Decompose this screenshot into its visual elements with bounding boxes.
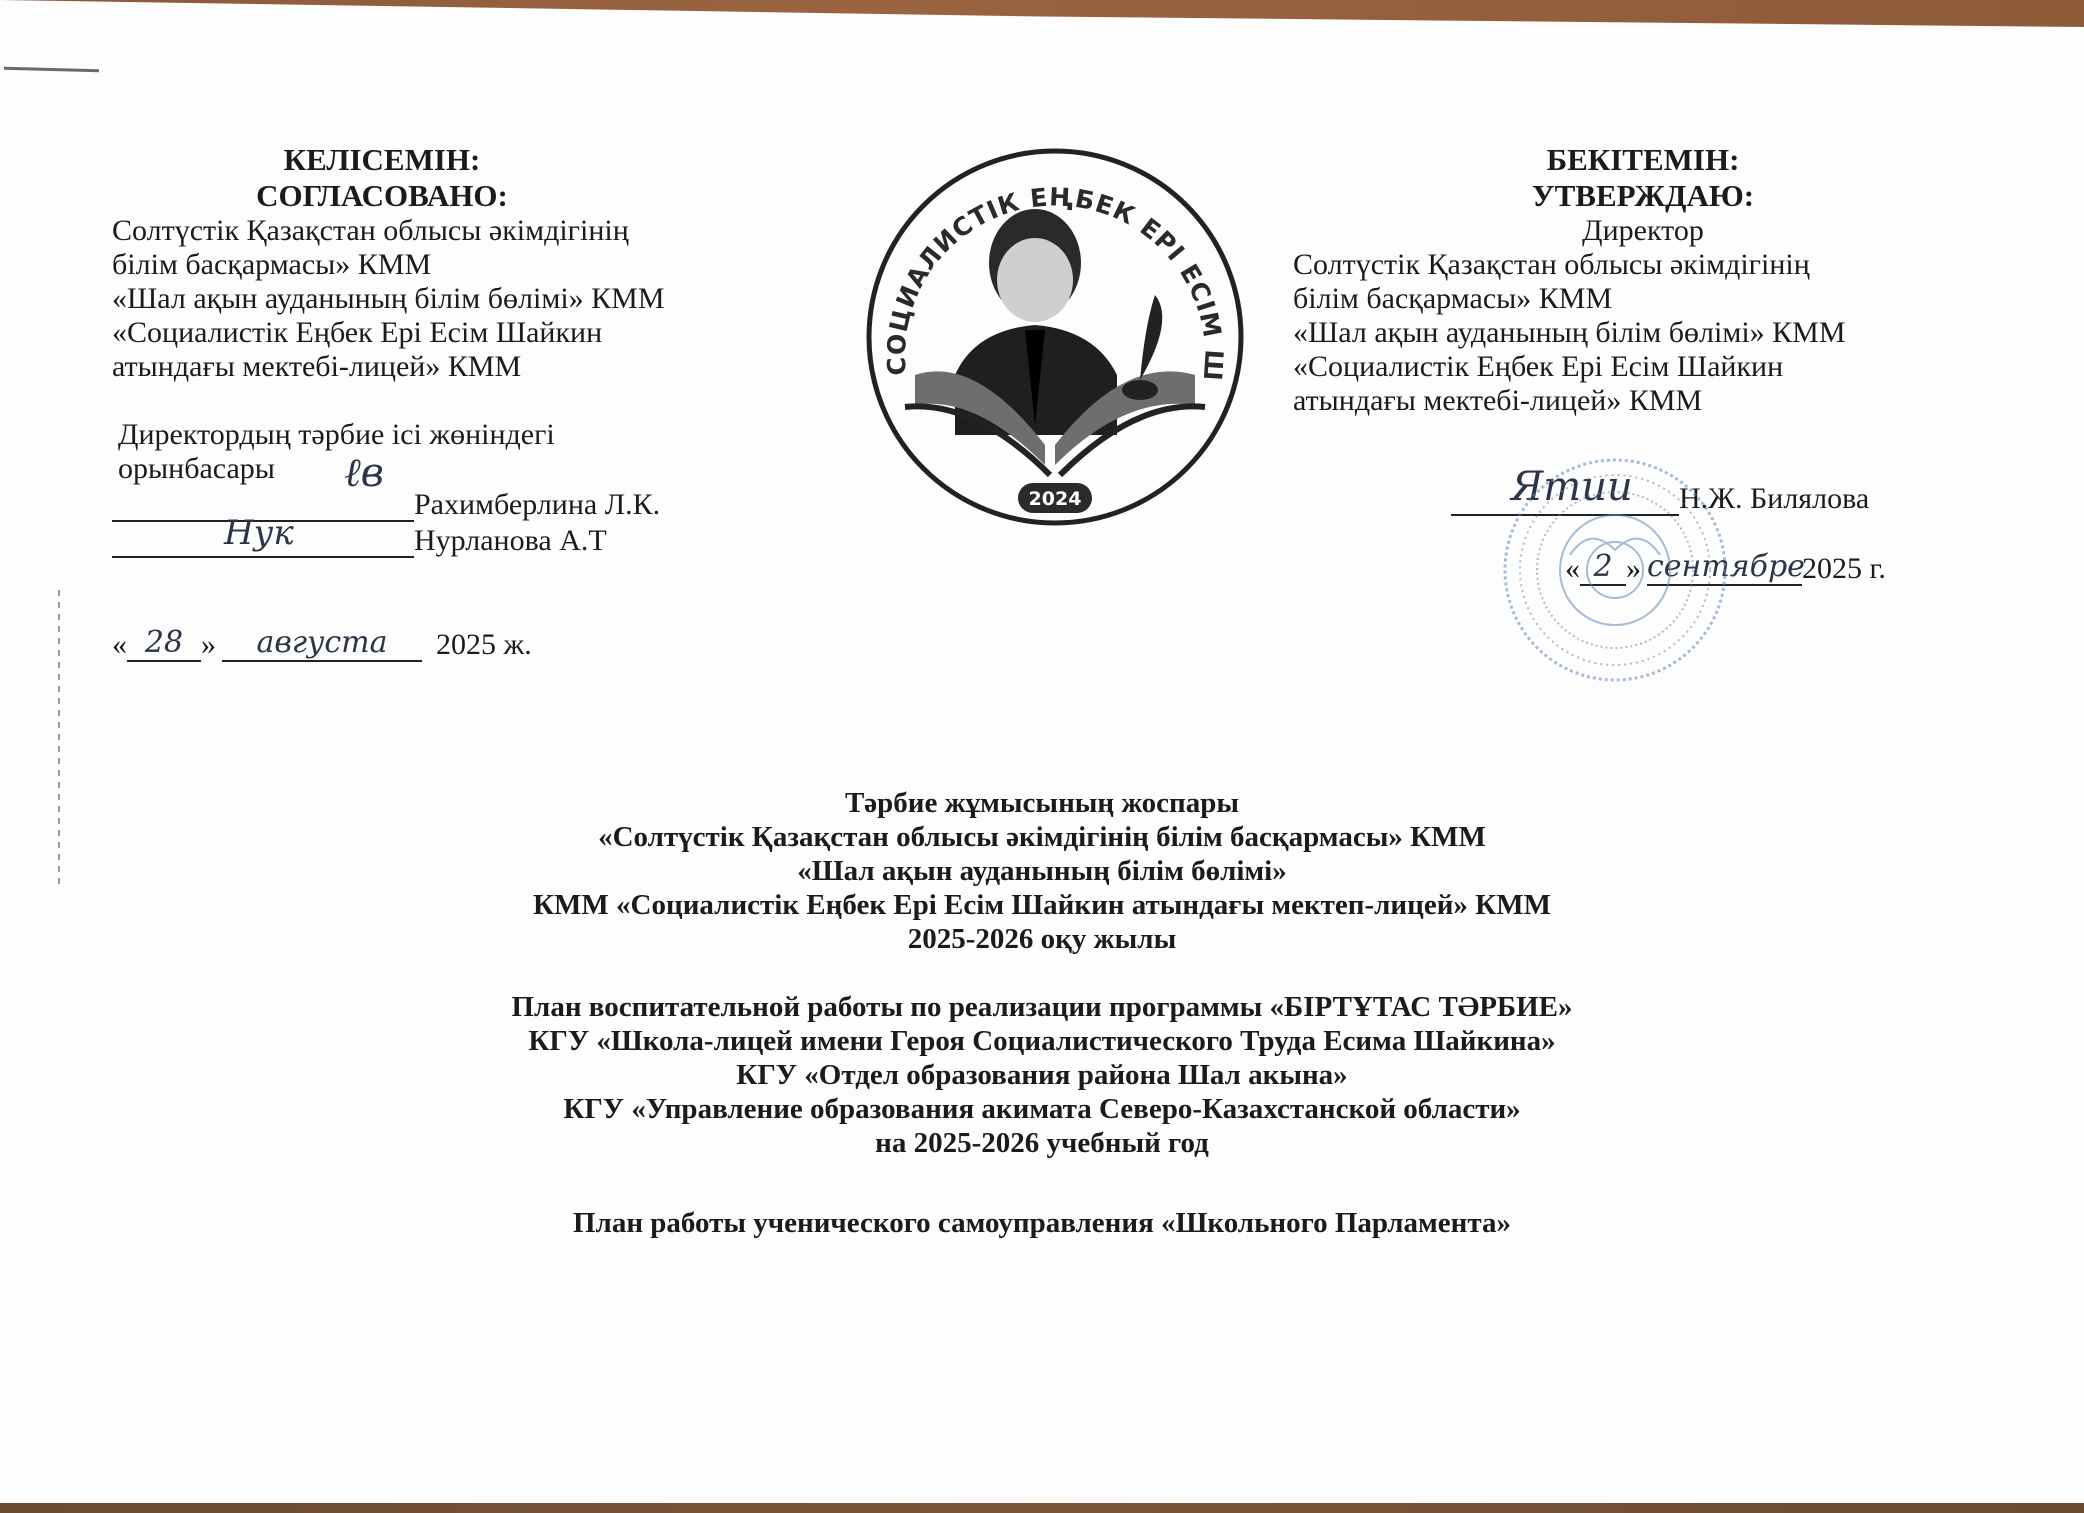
agreed-block: КЕЛІСЕМІН: СОГЛАСОВАНО: Солтүстік Қазақс… (112, 142, 772, 662)
agreed-date: « 28 » августа 2025 ж. (112, 626, 772, 662)
logo-year-badge: 2024 (1029, 488, 1082, 510)
date-month: августа (222, 626, 422, 662)
quote-close: » (201, 628, 216, 662)
date-day: 28 (127, 626, 201, 662)
agreed-position-line: орынбасары (112, 452, 772, 486)
signature-line: Нук (112, 526, 414, 558)
title-kz-line: «Шал ақын ауданының білім бөлімі» (300, 854, 1784, 888)
agreed-org-line: «Социалистік Еңбек Ері Есім Шайкин (112, 316, 772, 350)
approved-org-line: «Шал ақын ауданының білім бөлімі» КММ (1293, 316, 1953, 350)
official-stamp (1500, 455, 1730, 685)
signature-scribble: ℓв (344, 456, 384, 490)
approved-org-line: білім басқармасы» КММ (1293, 282, 1953, 316)
agreed-heading-kz: КЕЛІСЕМІН: (112, 142, 652, 178)
title-ru-line: на 2025-2026 учебный год (300, 1126, 1784, 1160)
signatory-name: Нурланова А.Т (414, 524, 607, 558)
document-subtitle: План работы ученического самоуправления … (300, 1206, 1784, 1240)
pen-mark (4, 67, 99, 72)
agreed-heading-ru: СОГЛАСОВАНО: (112, 178, 652, 214)
title-ru-line: План воспитательной работы по реализации… (300, 990, 1784, 1024)
title-ru-line: КГУ «Отдел образования района Шал акына» (300, 1058, 1784, 1092)
desk-edge-top (0, 0, 2084, 30)
document-title: Тәрбие жұмысының жоспары «Солтүстік Қаза… (300, 786, 1784, 1240)
signature-row-1: ℓв Рахимберлина Л.К. (112, 486, 772, 522)
title-kz-line: 2025-2026 оқу жылы (300, 922, 1784, 956)
approved-org-line: атындағы мектебі-лицей» КММ (1293, 384, 1953, 418)
title-kz-line: Тәрбие жұмысының жоспары (300, 786, 1784, 820)
agreed-org-line: атындағы мектебі-лицей» КММ (112, 350, 772, 384)
school-logo: СОЦИАЛИСТІК ЕҢБЕК ЕРІ ЕСІМ ШАЙКИН АТЫНДА… (855, 145, 1255, 530)
approved-org-line: Солтүстік Қазақстан облысы әкімдігінің (1293, 248, 1953, 282)
signature-scribble: Нук (224, 516, 294, 550)
approved-org-line: «Социалистік Еңбек Ері Есім Шайкин (1293, 350, 1953, 384)
title-ru-line: КГУ «Управление образования акимата Севе… (300, 1092, 1784, 1126)
agreed-position-line: Директордың тәрбие ісі жөніндегі (112, 418, 772, 452)
quote-open: « (112, 628, 127, 662)
agreed-org-line: білім басқармасы» КММ (112, 248, 772, 282)
signatory-name: Рахимберлина Л.К. (414, 488, 660, 522)
approved-heading-ru: УТВЕРЖДАЮ: (1293, 178, 1953, 214)
title-kz-line: КММ «Социалистік Еңбек Ері Есім Шайкин а… (300, 888, 1784, 922)
approved-heading-kz: БЕКІТЕМІН: (1293, 142, 1953, 178)
agreed-org-line: «Шал ақын ауданының білім бөлімі» КММ (112, 282, 772, 316)
desk-edge-bottom (0, 1503, 2084, 1513)
approved-position: Директор (1293, 214, 1953, 248)
agreed-org-line: Солтүстік Қазақстан облысы әкімдігінің (112, 214, 772, 248)
date-year: 2025 ж. (436, 628, 532, 662)
signature-row-2: Нук Нурланова А.Т (112, 522, 772, 558)
date-year: 2025 г. (1802, 552, 1886, 586)
title-kz-line: «Солтүстік Қазақстан облысы әкімдігінің … (300, 820, 1784, 854)
title-ru-line: КГУ «Школа-лицей имени Героя Социалистич… (300, 1024, 1784, 1058)
scan-artifact-line (58, 590, 60, 890)
